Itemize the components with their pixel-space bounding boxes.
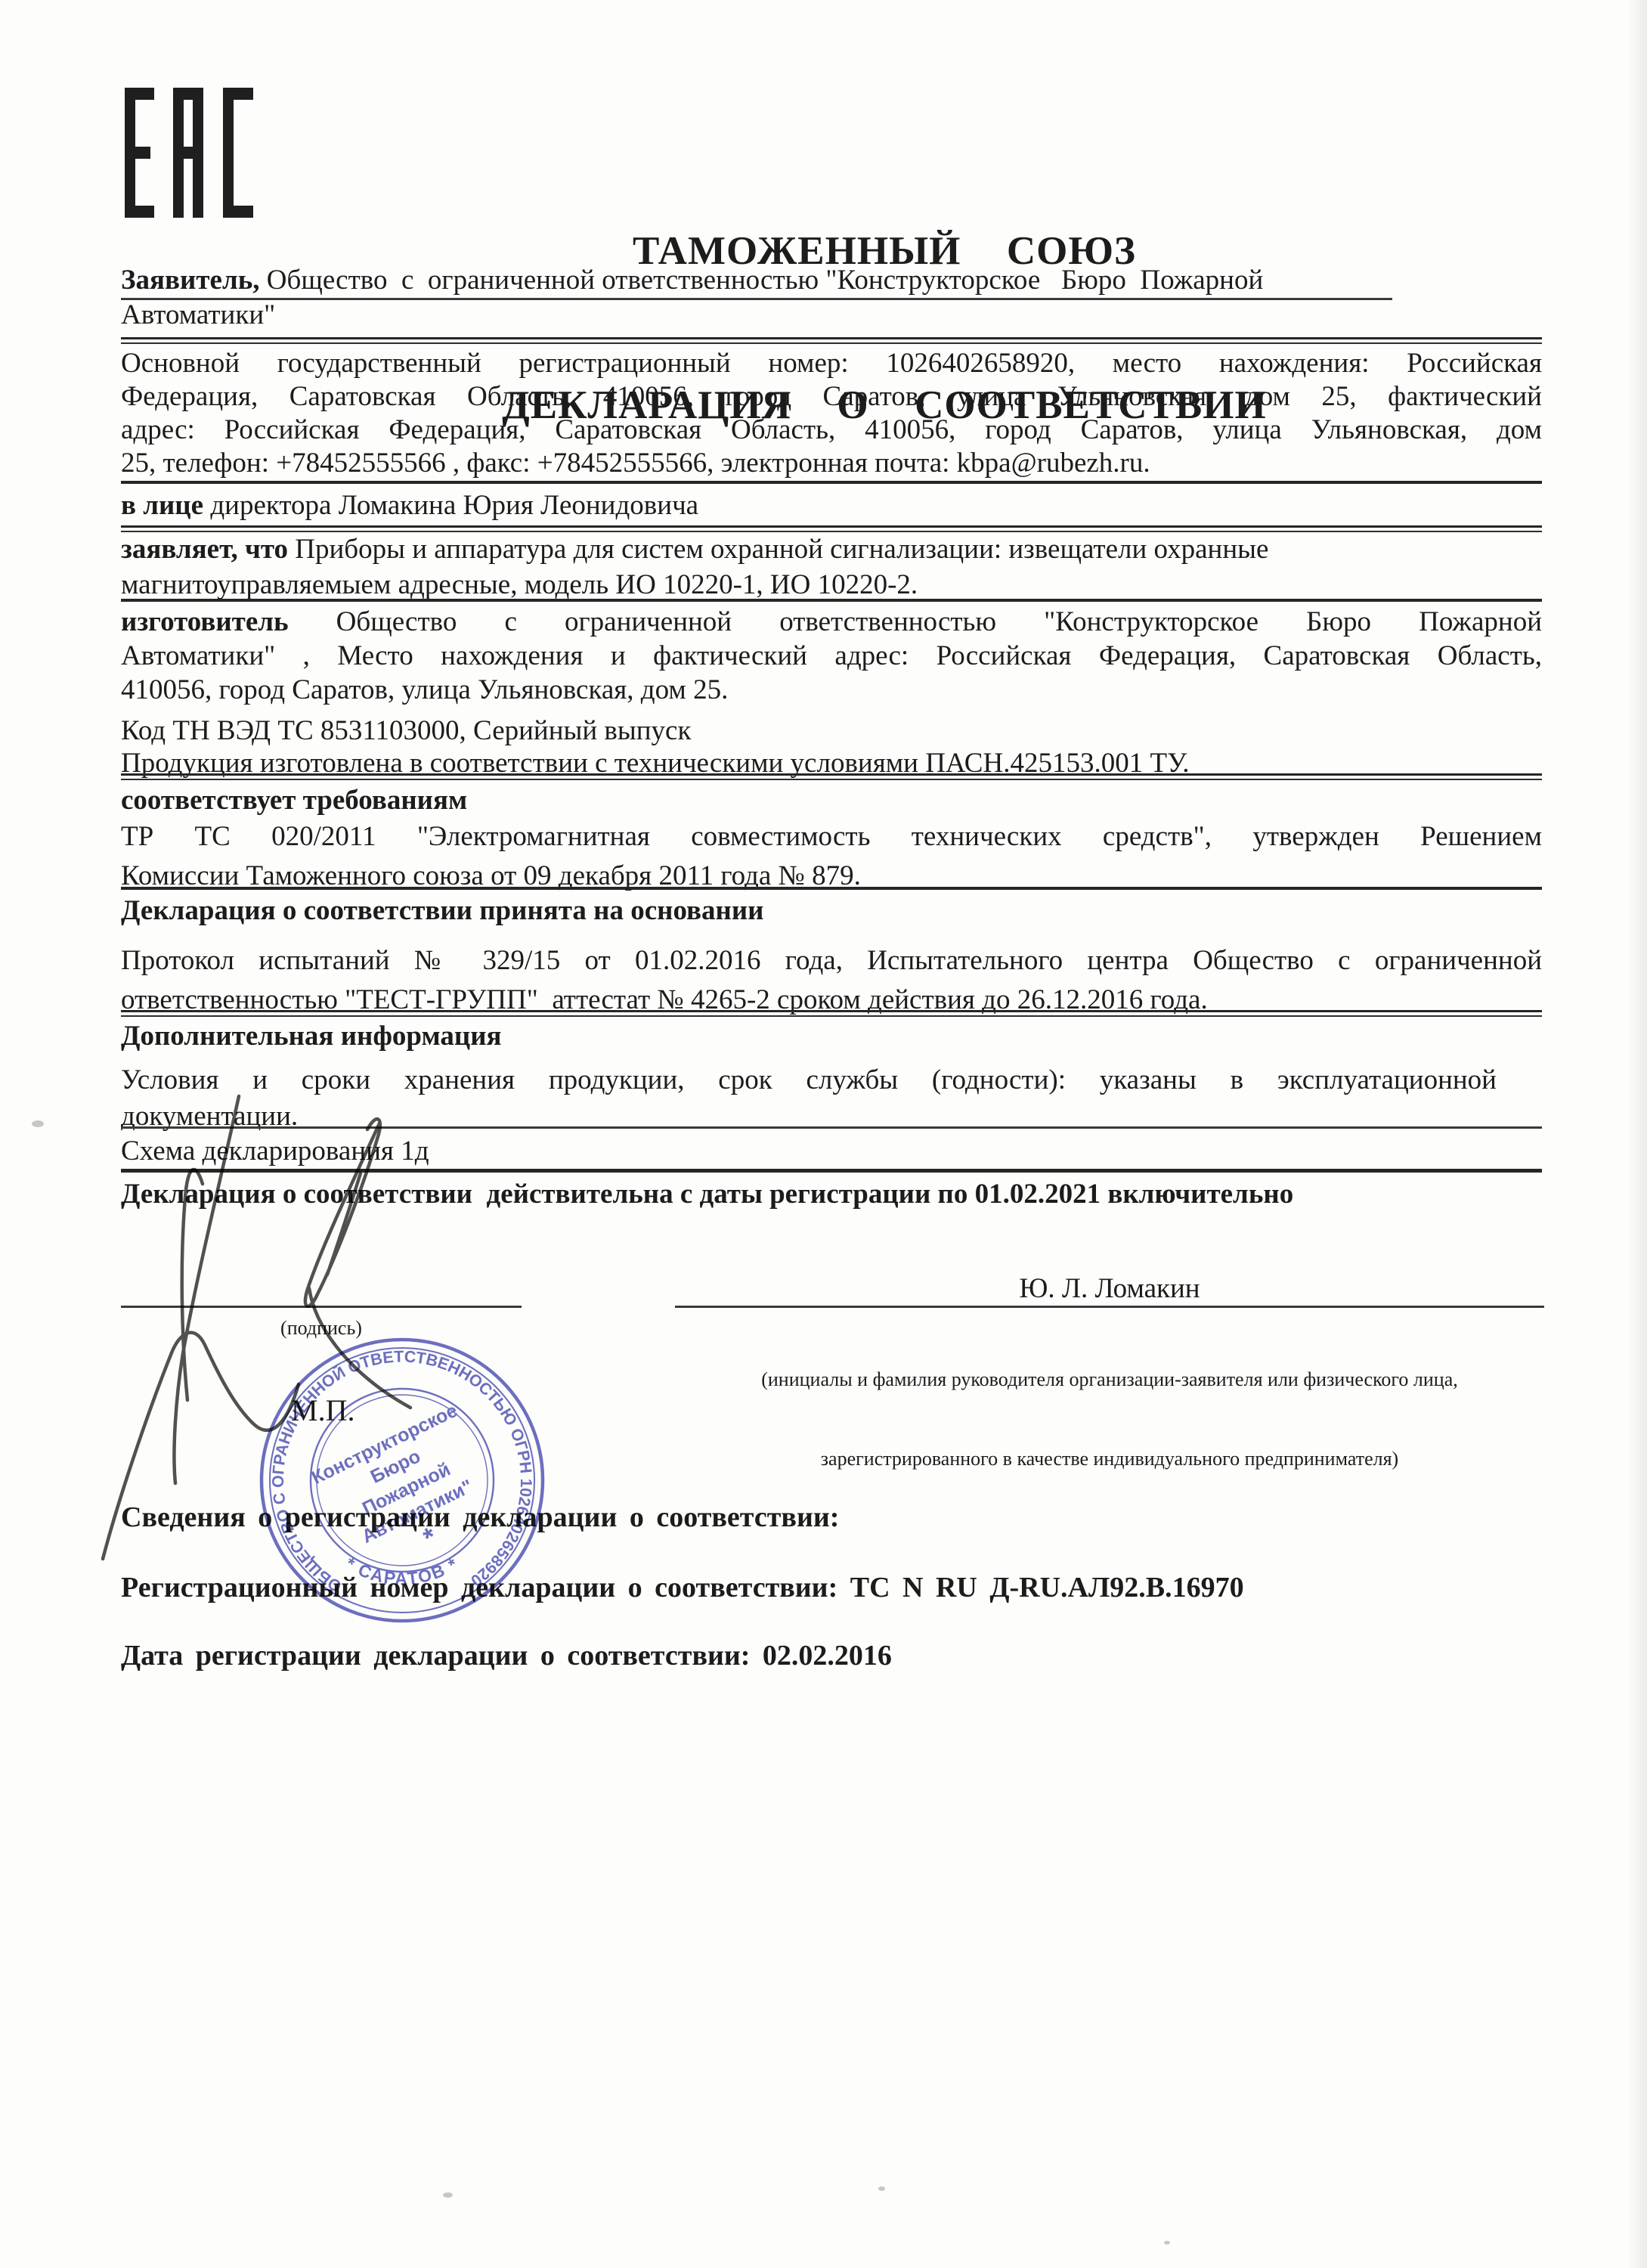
registration-date: Дата регистрации декларации о соответств…: [121, 1639, 892, 1672]
section-rule: [121, 887, 1542, 890]
scan-speck: [1164, 2241, 1170, 2245]
applicant-line-2: Автоматики": [121, 298, 275, 333]
section-rule: [121, 481, 1542, 484]
name-line: [675, 1306, 1544, 1308]
in-person-label: в лице: [121, 490, 203, 521]
manufacturer-label: изготовитель: [121, 606, 289, 637]
declares-line-1: заявляет, что Приборы и аппаратура для с…: [121, 532, 1542, 567]
scan-speck: [32, 1120, 44, 1127]
additional-header: Дополнительная информация: [121, 1019, 502, 1054]
name-caption: (инициалы и фамилия руководителя организ…: [675, 1313, 1544, 1525]
ogrn-line-1: Основной государственный регистрационный…: [121, 346, 1542, 381]
head-name: Ю. Л. Ломакин: [675, 1272, 1544, 1306]
ogrn-line-2: Федерация, Саратовская Область, 410056, …: [121, 380, 1542, 414]
basis-header: Декларация о соответствии принята на осн…: [121, 894, 764, 928]
handwritten-signature: [45, 1074, 438, 1618]
form-line: [121, 298, 1392, 300]
manufacturer-line-2: Автоматики" , Место нахождения и фактиче…: [121, 639, 1542, 674]
section-rule: [121, 337, 1542, 344]
section-rule: [121, 599, 1542, 602]
section-rule: [121, 773, 1542, 780]
trts-line-1: ТР ТС 020/2011 "Электромагнитная совмест…: [121, 820, 1542, 854]
scan-speck: [878, 2186, 885, 2191]
manufacturer-line-3: 410056, город Саратов, улица Ульяновская…: [121, 673, 728, 708]
in-person-line: в лице директора Ломакина Юрия Леонидови…: [121, 488, 698, 523]
manufacturer-line-1: изготовитель Общество с ограниченной отв…: [121, 605, 1542, 640]
section-rule: [121, 525, 1542, 532]
section-rule: [121, 1010, 1542, 1017]
tnved-code-line: Код ТН ВЭД ТС 8531103000, Серийный выпус…: [121, 714, 691, 748]
protocol-line-1: Протокол испытаний № 329/15 от 01.02.201…: [121, 943, 1542, 978]
applicant-label: Заявитель,: [121, 265, 260, 296]
declaration-document: ТАМОЖЕННЫЙ СОЮЗ ДЕКЛАРАЦИЯ О СООТВЕТСТВИ…: [0, 0, 1647, 2268]
scan-speck: [443, 2192, 453, 2198]
declares-label: заявляет, что: [121, 534, 288, 565]
complies-header: соответствует требованиям: [121, 783, 467, 818]
ogrn-line-4: 25, телефон: +78452555566 , факс: +78452…: [121, 446, 1150, 481]
applicant-line-1: Заявитель, Общество с ограниченной ответ…: [121, 263, 1398, 298]
declares-line-2: магнитоуправляемыем адресные, модель ИО …: [121, 568, 918, 603]
ogrn-line-3: адрес: Российская Федерация, Саратовская…: [121, 413, 1542, 448]
